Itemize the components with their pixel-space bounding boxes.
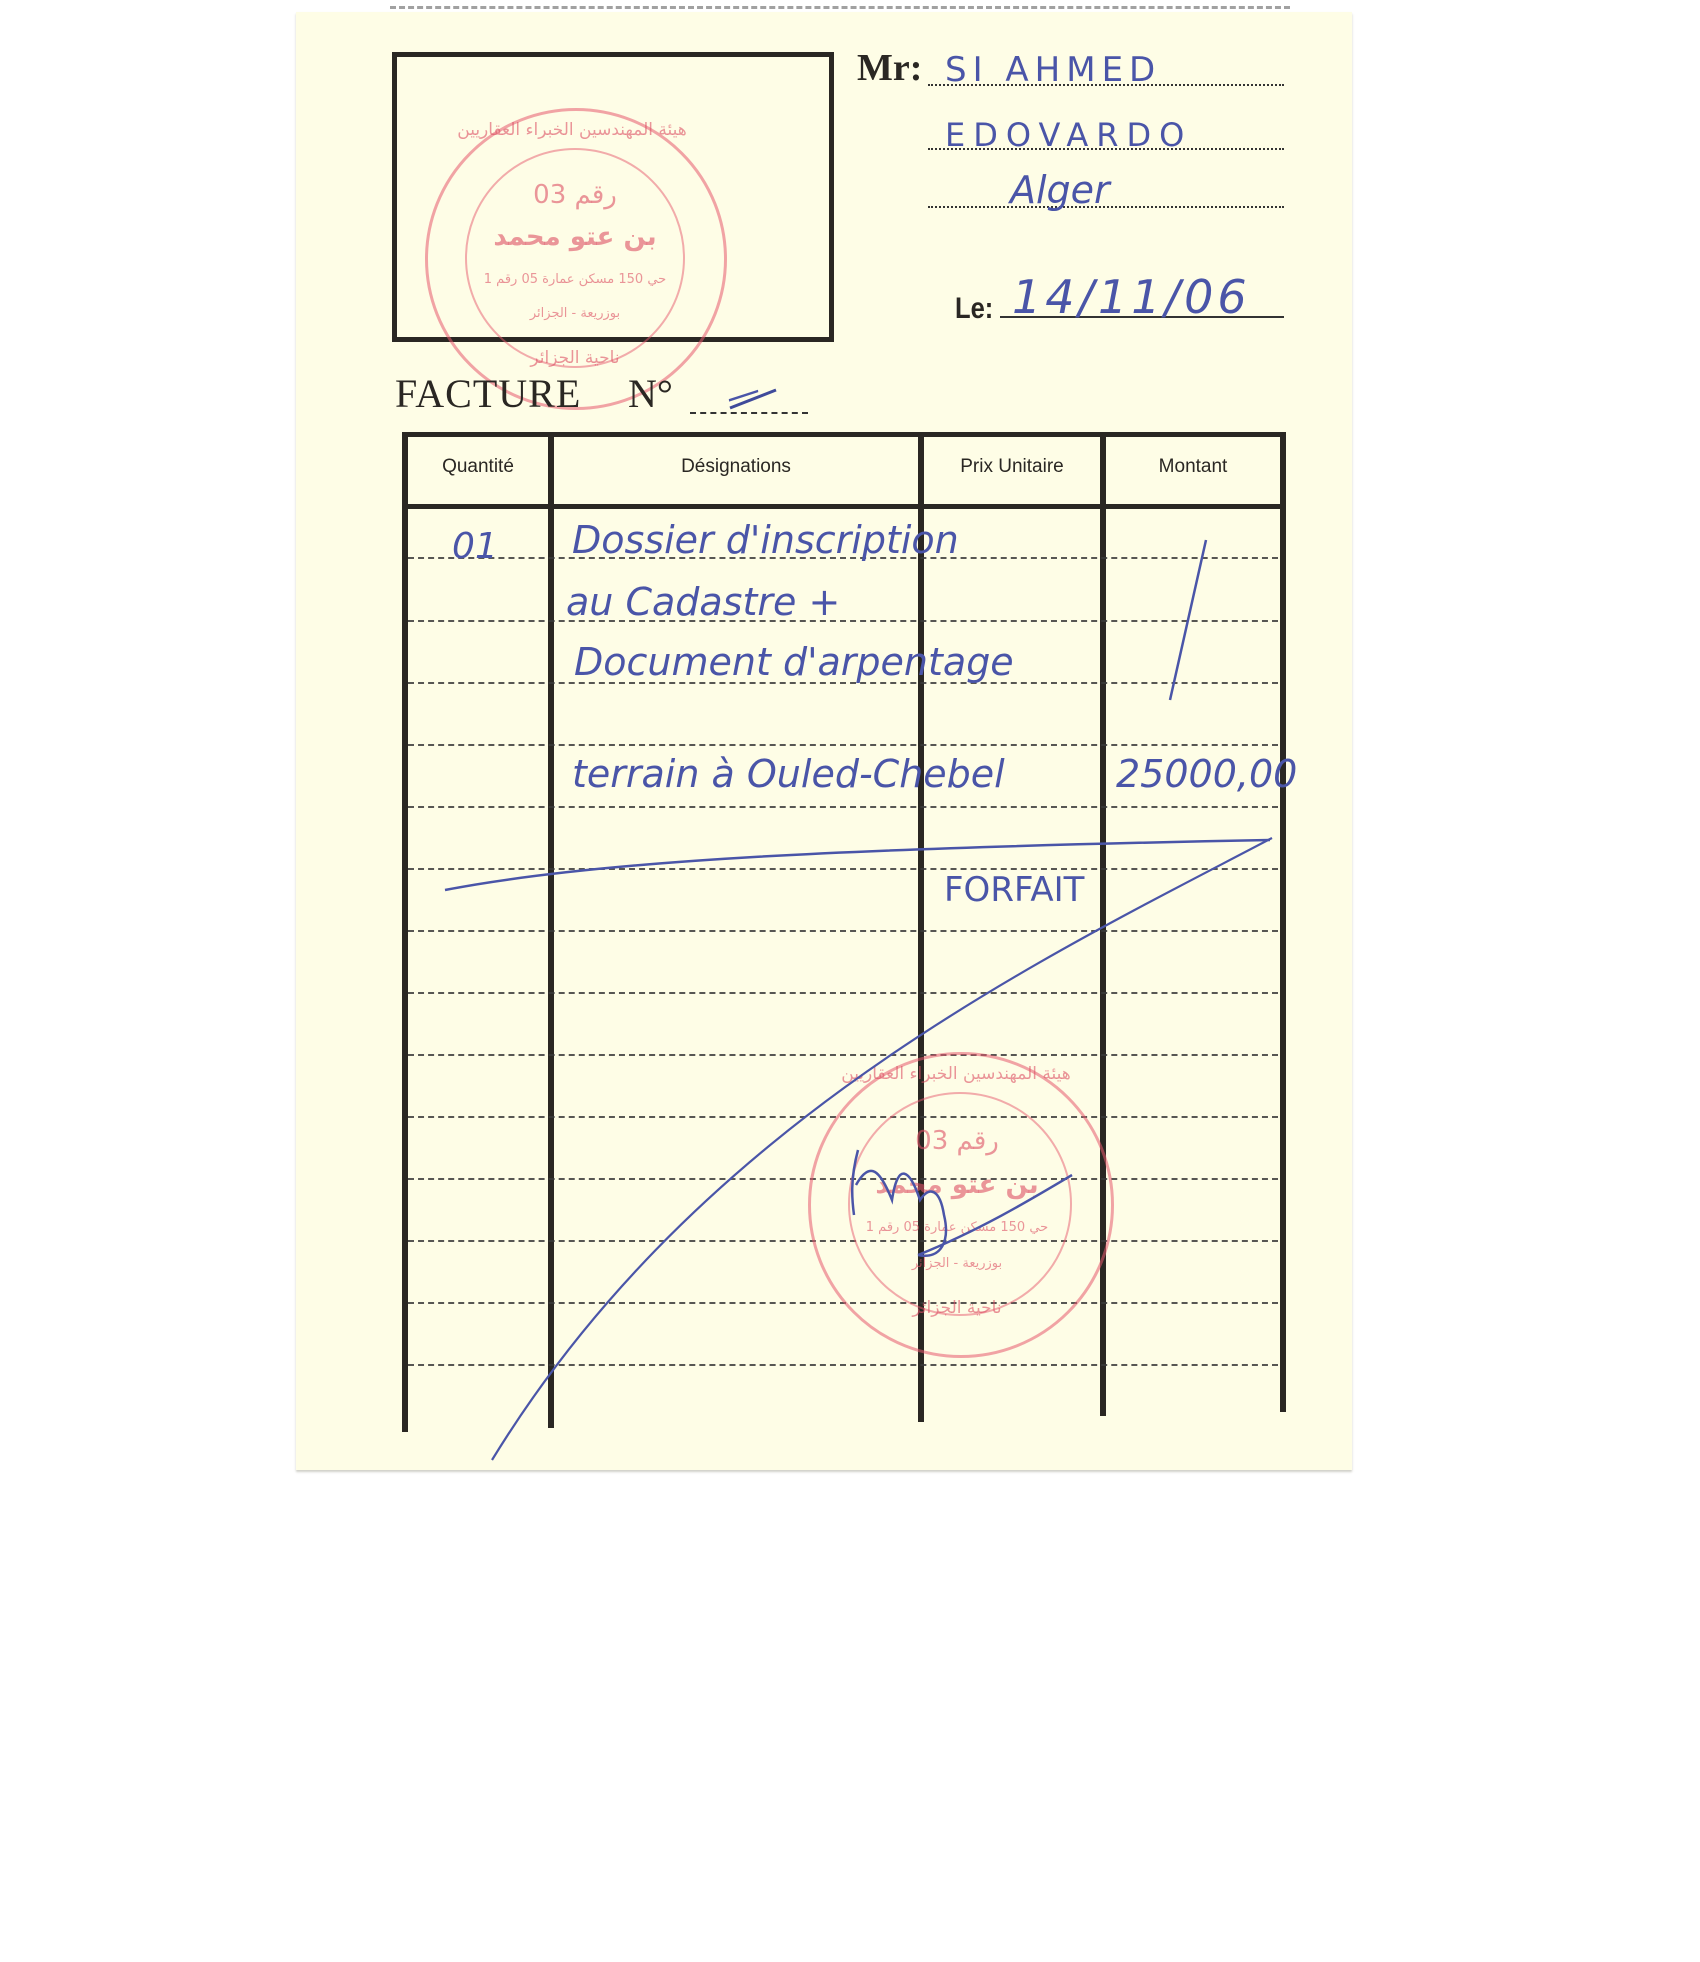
invoice-number-dash: [730, 390, 776, 408]
closing-horizontal-stroke: [445, 840, 1270, 890]
signature: [850, 1140, 1080, 1270]
montant-slash-stroke: [1170, 540, 1206, 700]
pen-strokes: [0, 0, 1700, 1962]
